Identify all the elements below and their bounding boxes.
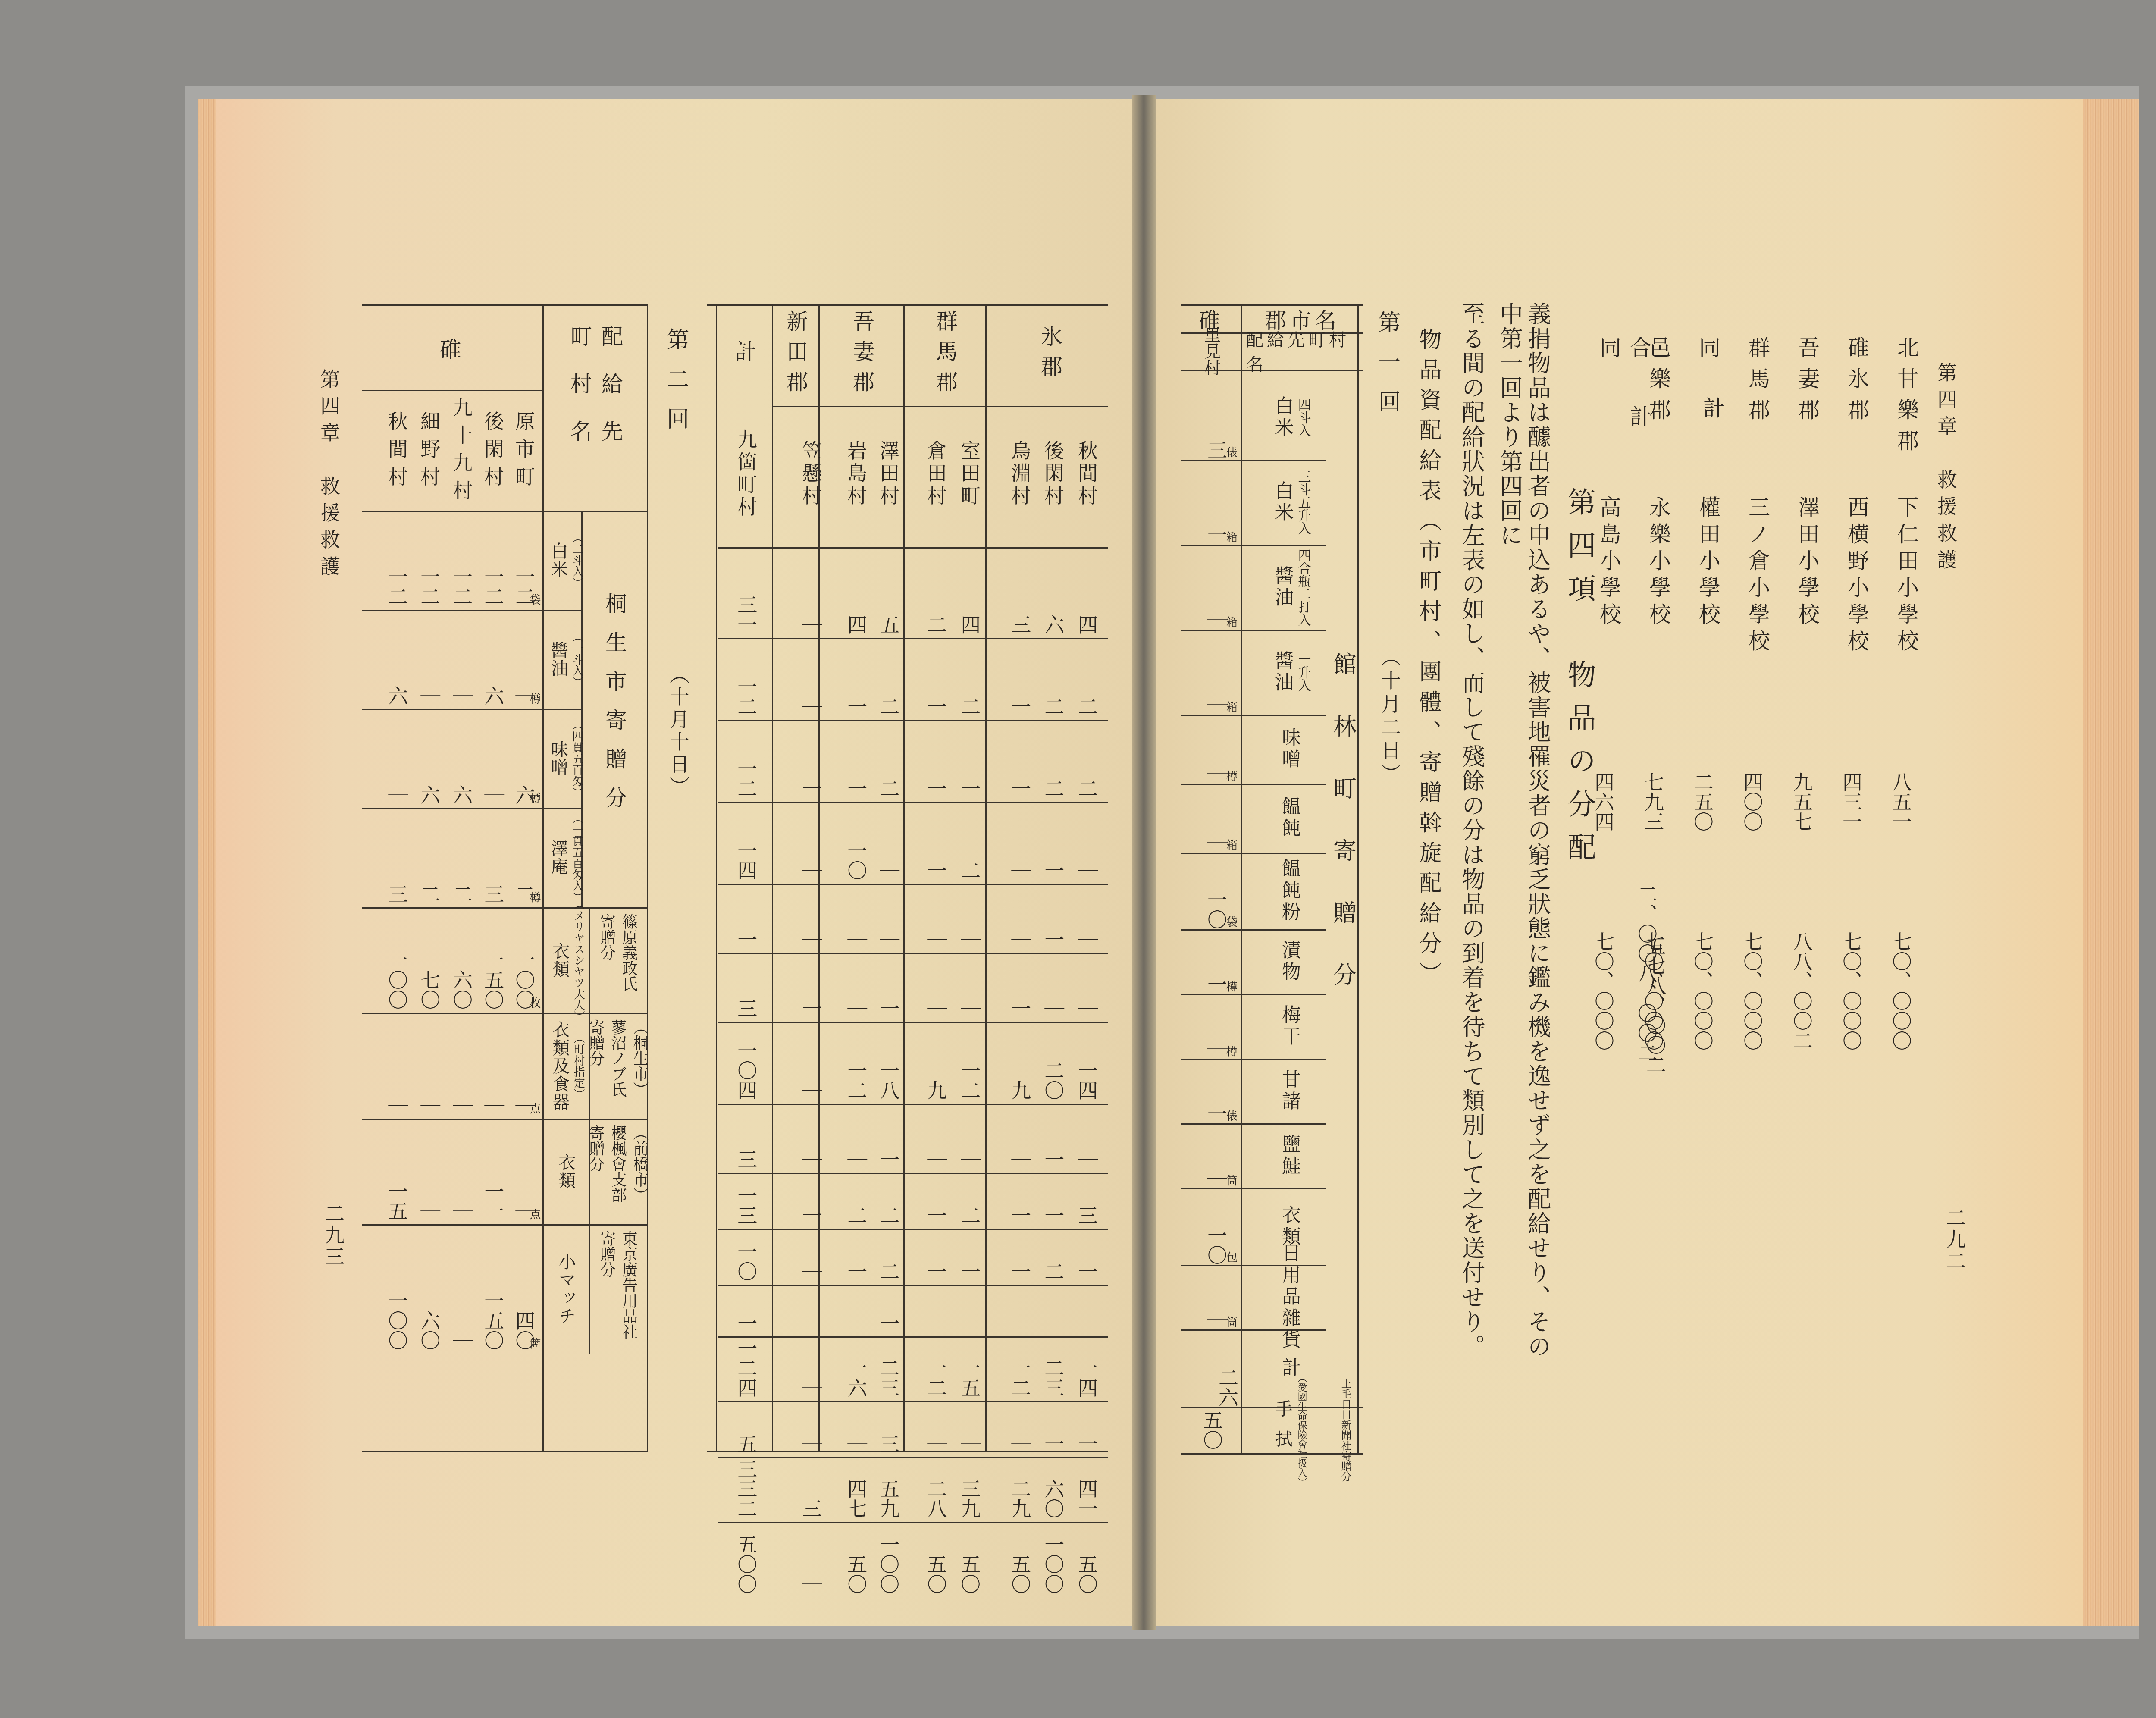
count-cell: 二	[1069, 638, 1104, 720]
gun-header: 計	[718, 310, 770, 401]
count-cell: 一二四	[729, 1336, 763, 1401]
count-cell: 一二	[382, 511, 412, 610]
count-cell: 一二	[729, 720, 763, 802]
count-cell: 五〇	[1003, 1522, 1037, 1597]
school-name: 澤田小學校	[1792, 496, 1823, 630]
count-cell: 三	[871, 1401, 906, 1457]
item-row: 味噌	[1250, 715, 1328, 784]
count-cell: ｜	[1003, 1401, 1037, 1457]
town-header: 笠懸村	[793, 409, 828, 539]
section-heading: 第四項 物品の分配	[1559, 487, 1600, 875]
count-cell: 一〇〇	[382, 1224, 412, 1354]
gun-name: 同	[1593, 336, 1624, 367]
qty-value: 一	[1206, 1104, 1226, 1123]
item-spec: 四斗入	[1296, 398, 1310, 437]
count-cell: 二三	[1036, 1336, 1070, 1401]
count-cell: 四七	[839, 1457, 873, 1522]
donor-cell: （桐生市）蓼沼ノブ氏寄贈分	[591, 1013, 645, 1119]
town-name: 後閑村	[478, 396, 508, 508]
qty-value: ｜	[1206, 764, 1226, 784]
gun-name: 北甘樂郡	[1891, 336, 1922, 461]
count-cell: 三	[729, 953, 763, 1022]
item-cell: 醬油 （一斗入）	[545, 610, 583, 709]
count-cell: 一	[1003, 720, 1037, 802]
gun-header: 新田郡	[774, 310, 817, 401]
amount-2: 七〇、〇〇〇	[1891, 931, 1911, 1050]
count-cell: 一	[729, 1285, 763, 1336]
count-cell: 一	[1036, 1104, 1070, 1173]
qty-value: ｜	[1206, 610, 1226, 630]
qty-cell: 一 樽	[1186, 929, 1238, 997]
count-cell: ｜	[1036, 953, 1070, 1022]
school-list-item: 群馬郡三ノ倉小學校四〇〇七〇、〇〇〇	[1742, 336, 1777, 1091]
count-cell: 一二	[839, 1022, 873, 1104]
count-cell: 一一	[478, 1119, 508, 1224]
qty-unit: 箇	[1226, 1314, 1238, 1329]
donor-cell: 東京廣告用品社寄贈分	[591, 1224, 645, 1354]
count-cell: 一二	[729, 638, 763, 720]
amount-2: 七〇、〇〇〇	[1841, 931, 1861, 1050]
unit-cell: 枚	[528, 907, 542, 1013]
item-name: 漬物	[1275, 940, 1303, 983]
count-cell: ｜	[918, 1285, 953, 1336]
count-cell: ｜	[1003, 884, 1037, 953]
count-cell: ｜	[952, 953, 987, 1022]
gun-header: 碓	[362, 306, 542, 390]
count-cell: 一四	[1069, 1022, 1104, 1104]
gun-header: 氷郡	[992, 310, 1108, 401]
count-cell: 一六	[839, 1336, 873, 1401]
count-cell: ｜	[871, 884, 906, 953]
count-cell: ｜	[952, 1104, 987, 1173]
round-2-donation-table: 碓配給先町村名原市町後閑村九十九村細野村秋間村桐生市寄贈分 白米 （二斗入）一二…	[362, 304, 648, 1452]
count-cell: 二	[839, 1173, 873, 1229]
book-gutter	[1132, 95, 1156, 1630]
donor-kiryu: 桐生市寄贈分	[586, 511, 642, 907]
donor-cell: 篠原義政氏寄贈分	[591, 907, 645, 1013]
count-cell: 一八	[871, 1022, 906, 1104]
count-cell: 二	[871, 720, 906, 802]
count-cell: 一	[1036, 802, 1070, 884]
count-cell: 二	[414, 808, 444, 907]
qty-unit: 袋	[1226, 913, 1238, 929]
round-2-date: （十月十日）	[664, 664, 693, 799]
count-cell: 七〇	[414, 907, 444, 1013]
qty-unit: 俵	[1226, 1107, 1238, 1123]
header-town: 配給先町村名	[1246, 326, 1358, 376]
count-cell: 二三	[871, 1336, 906, 1401]
extra-qty: 五〇	[1186, 1407, 1238, 1453]
count-cell: ｜	[446, 610, 476, 709]
town-name: 秋間村	[382, 396, 412, 508]
count-cell: 一	[871, 1285, 906, 1336]
count-cell: 一二	[478, 511, 508, 610]
item-row: 計	[1250, 1329, 1328, 1407]
item-row: 漬物	[1250, 929, 1328, 994]
page-number-left: 二九三	[319, 1203, 348, 1268]
qty-value: ｜	[1206, 1168, 1226, 1188]
town-header: 後閑村	[1036, 409, 1070, 539]
qty-value: 三	[1206, 440, 1226, 460]
round-2-summary-table: 氷郡群馬郡吾妻郡新田郡計秋間村後閑村烏淵村室田町倉田村澤田村岩島村笠懸村九箇町村…	[707, 304, 1108, 1452]
unit-cell: 箇	[528, 1224, 542, 1354]
count-cell: 一	[793, 953, 828, 1022]
qty-unit: 樽	[1226, 768, 1238, 784]
count-cell: ｜	[952, 1401, 987, 1457]
paragraph-line-2: 至る間の配給狀況は左表の如し、而して殘餘の分は物品の到着を待ちて類別して之を送付…	[1457, 302, 1485, 1359]
count-cell: ｜	[793, 1229, 828, 1285]
count-cell: 二〇	[1036, 1022, 1070, 1104]
item-name: 醬油	[1269, 566, 1296, 609]
count-cell: 一	[1003, 1229, 1037, 1285]
count-cell: 一五〇	[478, 907, 508, 1013]
count-cell: ｜	[1069, 802, 1104, 884]
item-cell: 澤庵 （一貫五百匁入）	[545, 808, 583, 907]
count-cell: 九	[1003, 1022, 1037, 1104]
grand-total-amount: 二、〇〇八、〇〇二	[1636, 884, 1656, 1063]
count-cell: ｜	[1069, 884, 1104, 953]
count-cell: ｜	[793, 802, 828, 884]
qty-cell: 三 俵	[1186, 375, 1238, 462]
table-title: 物品資配給表（市町村、團體、寄贈斡旋配給分）	[1412, 328, 1445, 992]
count-cell: ｜	[918, 953, 953, 1022]
count-cell: 四一	[1069, 1457, 1104, 1522]
count-cell: ｜	[839, 953, 873, 1022]
count-cell: 三	[793, 1457, 828, 1522]
count-cell: 一	[871, 953, 906, 1022]
count-cell: 一	[793, 1173, 828, 1229]
round-1-table: 郡市名 配給先町村名 碓 里見村 館林町寄贈分 白米 四斗入 三 俵 白米 三斗…	[1181, 304, 1363, 1455]
amount-1: 四三一	[1841, 772, 1861, 831]
qty-cell: 二六	[1186, 1329, 1238, 1410]
count-cell: ｜	[793, 638, 828, 720]
round-2-label: 第二回	[660, 328, 692, 447]
town-header: 九箇町村	[729, 409, 763, 539]
count-cell: ｜	[952, 1285, 987, 1336]
count-cell: ｜	[918, 1104, 953, 1173]
count-cell: ｜	[1036, 1285, 1070, 1336]
count-cell: ｜	[918, 884, 953, 953]
count-cell: 二	[1069, 720, 1104, 802]
count-cell: 一五	[382, 1119, 412, 1224]
extra-donor: 上毛日日新聞社寄贈分	[1328, 1407, 1363, 1453]
donor-cell: （前橋市）櫻楓會支部寄贈分	[591, 1119, 645, 1224]
qty-unit: 樽	[1226, 1043, 1238, 1059]
count-cell: 六	[1036, 547, 1070, 638]
town-header: 配給先町村名	[548, 319, 642, 504]
running-head-left: 第四章 救援救護	[315, 369, 343, 583]
count-cell: ｜	[1069, 1285, 1104, 1336]
qty-unit: 箱	[1226, 837, 1238, 853]
count-cell: 三九	[952, 1457, 987, 1522]
school-name: 西横野小學校	[1841, 496, 1872, 656]
count-cell: 一	[839, 638, 873, 720]
count-cell: 五九	[871, 1457, 906, 1522]
town-header: 烏淵村	[1003, 409, 1037, 539]
school-name: 三ノ倉小學校	[1742, 496, 1773, 656]
qty-value: ｜	[1206, 695, 1226, 715]
amount-1: 八五一	[1891, 772, 1911, 831]
count-cell: 一二	[918, 1336, 953, 1401]
unit-cell: 袋	[528, 511, 542, 610]
round-1-date: （十月二日）	[1376, 647, 1404, 787]
qty-cell: 一〇 袋	[1186, 853, 1238, 932]
gun-header: 吾妻郡	[821, 310, 903, 401]
count-cell: ｜	[1003, 802, 1037, 884]
item-row: 白米 三斗五升入	[1250, 460, 1328, 545]
unit-cell: 点	[528, 1119, 542, 1224]
count-cell: 一	[1003, 638, 1037, 720]
count-cell: ｜	[918, 1401, 953, 1457]
count-cell: 一〇〇	[871, 1522, 906, 1597]
town-header: 秋間村	[1069, 409, 1104, 539]
item-spec: 三斗五升入	[1296, 470, 1310, 535]
amount-2: 七〇、〇〇〇	[1593, 931, 1613, 1050]
amount-2: 七〇、〇〇〇	[1742, 931, 1762, 1050]
count-cell: 一〇	[729, 1229, 763, 1285]
qty-unit: 包	[1226, 1249, 1238, 1265]
school-list-item: 吾妻郡澤田小學校九五七八八、〇〇二	[1792, 336, 1826, 1091]
qty-value: 一	[1206, 974, 1226, 994]
gun-name: 碓氷郡	[1841, 336, 1872, 429]
count-cell: 五〇	[839, 1522, 873, 1597]
item-name: 鹽鮭	[1275, 1134, 1303, 1177]
count-cell: 一	[918, 720, 953, 802]
count-cell: ｜	[1003, 1104, 1037, 1173]
count-cell: 一〇〇	[1036, 1522, 1070, 1597]
count-cell: ｜	[414, 1119, 444, 1224]
amount-2: 八八、〇〇二	[1792, 931, 1811, 1050]
running-head-right: 第四章 救援救護	[1932, 362, 1960, 576]
qty-value: 一〇	[1206, 890, 1226, 929]
round-1-label: 第一回	[1371, 310, 1404, 429]
item-row: 白米 四斗入	[1250, 375, 1328, 460]
count-cell: 五〇	[1069, 1522, 1104, 1597]
count-cell: ｜	[1003, 1285, 1037, 1336]
count-cell: ｜	[446, 1224, 476, 1354]
count-cell: ｜	[478, 1013, 508, 1119]
item-cell: 小マッチ	[545, 1224, 586, 1354]
count-cell: 五〇〇	[729, 1522, 763, 1597]
unit-cell: 樽	[528, 808, 542, 907]
item-name: 白米	[1269, 481, 1296, 524]
school-name: 下仁田小學校	[1891, 496, 1922, 656]
town-header: 澤田村	[871, 409, 906, 539]
item-spec: 一升入	[1296, 653, 1310, 692]
school-list-item: 合計二、〇〇八、〇〇二	[1623, 336, 1658, 1091]
count-cell: 一二	[952, 1022, 987, 1104]
count-cell: 二	[952, 638, 987, 720]
count-cell: 四	[839, 547, 873, 638]
count-cell: 一	[918, 1173, 953, 1229]
count-cell: 六〇	[1036, 1457, 1070, 1522]
count-cell: 一	[871, 1104, 906, 1173]
qty-value: 二六	[1217, 1367, 1238, 1407]
count-cell: ｜	[793, 547, 828, 638]
qty-cell: 一〇 包	[1186, 1188, 1238, 1267]
item-cell: 衣類及食器 （町村指定）	[545, 1013, 586, 1119]
count-cell: 三一	[729, 547, 763, 638]
paragraph-line-1: 義捐物品は醵出者の申込あるや、被害地罹災者の窮乏狀態に鑑み機を逸せず之を配給せり…	[1495, 302, 1551, 1363]
count-cell: ｜	[839, 884, 873, 953]
qty-unit: 箱	[1226, 699, 1238, 715]
town-header: 岩島村	[839, 409, 873, 539]
count-cell: ｜	[446, 1013, 476, 1119]
count-cell: 一	[1069, 1229, 1104, 1285]
qty-value: ｜	[1206, 1039, 1226, 1059]
count-cell: 三	[382, 808, 412, 907]
count-cell: 一二	[414, 511, 444, 610]
count-cell: 四	[952, 547, 987, 638]
count-cell: 九	[918, 1022, 953, 1104]
subtotal-label: 計	[1697, 397, 1728, 470]
count-cell: ｜	[793, 1022, 828, 1104]
count-cell: 二	[952, 1173, 987, 1229]
count-cell: 六	[446, 709, 476, 808]
gun-header: 群馬郡	[906, 310, 984, 401]
unit-cell: 点	[528, 1013, 542, 1119]
count-cell: 一	[952, 1229, 987, 1285]
count-cell: 五〇	[918, 1522, 953, 1597]
item-cell: 衣類 （メリヤスシヤツ大人）	[545, 907, 586, 1013]
count-cell: ｜	[793, 1522, 828, 1597]
town-name: 原市町	[509, 396, 539, 508]
item-name: 白米	[1269, 396, 1296, 439]
extra-item: 手拭 （愛國生命保險會社扱入）	[1250, 1407, 1328, 1453]
qty-value: 一	[1206, 525, 1226, 545]
count-cell: 一	[1003, 1173, 1037, 1229]
count-cell: 一二	[446, 511, 476, 610]
count-cell: ｜	[871, 802, 906, 884]
town-value: 里見村	[1200, 326, 1223, 376]
amount-1: 四〇〇	[1742, 772, 1762, 831]
count-cell: 一五	[952, 1336, 987, 1401]
qty-unit: 俵	[1226, 444, 1238, 460]
count-cell: ｜	[793, 1336, 828, 1401]
qty-value: 一〇	[1206, 1225, 1226, 1265]
count-cell: 一	[1036, 1401, 1070, 1457]
count-cell: ｜	[793, 1104, 828, 1173]
count-cell: 一四	[729, 802, 763, 884]
item-cell: 味噌 （四貫五百匁）	[545, 709, 583, 808]
count-cell: 二八	[918, 1457, 953, 1522]
count-cell: 一	[839, 1229, 873, 1285]
count-cell: 四	[1069, 547, 1104, 638]
count-cell: 一	[839, 720, 873, 802]
unit-cell: 樽	[528, 709, 542, 808]
item-cell: 白米 （二斗入）	[545, 511, 583, 610]
count-cell: ｜	[382, 709, 412, 808]
count-cell: 一	[1069, 1401, 1104, 1457]
unit-cell: 樽	[528, 610, 542, 709]
town-name: 細野村	[414, 396, 444, 508]
count-cell: 二	[918, 547, 953, 638]
qty-unit: 箱	[1226, 529, 1238, 545]
count-cell: ｜	[414, 1013, 444, 1119]
town-header: 倉田村	[918, 409, 953, 539]
school-list-item: 計五七八、〇〇二	[1697, 336, 1731, 1091]
item-name: 饂飩粉	[1275, 859, 1303, 923]
count-cell: 六	[414, 709, 444, 808]
count-cell: 一四	[1069, 1336, 1104, 1401]
item-name: 味噌	[1275, 727, 1303, 771]
count-cell: 二	[952, 802, 987, 884]
item-row: 醬油 四合瓶二打入	[1250, 545, 1328, 630]
school-list-item: 碓氷郡西横野小學校四三一七〇、〇〇〇	[1841, 336, 1876, 1091]
qty-unit: 樽	[1226, 978, 1238, 994]
gun-name: 群馬郡	[1742, 336, 1773, 429]
item-row: 鹽鮭	[1250, 1123, 1328, 1188]
count-cell: 一〇	[839, 802, 873, 884]
count-cell: 一	[793, 720, 828, 802]
item-name: 梅干	[1275, 1005, 1303, 1048]
count-cell: 一五〇	[478, 1224, 508, 1354]
item-row: 醬油 一升入	[1250, 630, 1328, 715]
count-cell: 二	[1036, 638, 1070, 720]
donor-group: 館林町寄贈分	[1327, 652, 1360, 1025]
school-list-item: 北甘樂郡下仁田小學校八五一七〇、〇〇〇	[1891, 336, 1925, 1091]
qty-cell: 一 俵	[1186, 1059, 1238, 1126]
town-name: 九十九村	[446, 396, 476, 508]
count-cell: 三三二	[729, 1457, 763, 1522]
count-cell: 一〇四	[729, 1022, 763, 1104]
count-cell: ｜	[793, 884, 828, 953]
count-cell: 一二	[1003, 1336, 1037, 1401]
item-cell: 衣類	[545, 1119, 586, 1224]
item-row: 日用品雜貨	[1250, 1265, 1328, 1329]
count-cell: 二	[446, 808, 476, 907]
count-cell: 三	[1003, 547, 1037, 638]
count-cell: 一	[1003, 953, 1037, 1022]
count-cell: 六	[382, 610, 412, 709]
count-cell: 一	[1036, 1173, 1070, 1229]
qty-unit: 箇	[1226, 1172, 1238, 1188]
count-cell: ｜	[414, 610, 444, 709]
item-row: 甘諸	[1250, 1059, 1328, 1123]
count-cell: ｜	[382, 1013, 412, 1119]
qty-cell: ｜ 箱	[1186, 545, 1238, 632]
count-cell: ｜	[839, 1285, 873, 1336]
count-cell: ｜	[1069, 1104, 1104, 1173]
amount-1: 九五七	[1792, 772, 1811, 831]
count-cell: ｜	[1069, 953, 1104, 1022]
qty-cell: ｜ 箇	[1186, 1123, 1238, 1191]
count-cell: 六〇	[446, 907, 476, 1013]
count-cell: 二	[871, 638, 906, 720]
count-cell: 三	[729, 1104, 763, 1173]
gun-name: 吾妻郡	[1792, 336, 1823, 429]
count-cell: 五〇	[952, 1522, 987, 1597]
page-number-right: 二九二	[1940, 1207, 1969, 1272]
count-cell: 二	[871, 1173, 906, 1229]
count-cell: ｜	[478, 709, 508, 808]
count-cell: 三	[478, 808, 508, 907]
item-row: 梅干	[1250, 994, 1328, 1059]
page-edge-left	[198, 99, 216, 1626]
count-cell: 二九	[1003, 1457, 1037, 1522]
item-row: 饂飩	[1250, 784, 1328, 853]
qty-cell: ｜ 箱	[1186, 784, 1238, 855]
item-name: 醬油	[1269, 651, 1296, 694]
item-row: 饂飩粉	[1250, 853, 1328, 929]
qty-cell: ｜ 箱	[1186, 630, 1238, 717]
count-cell: ｜	[793, 1401, 828, 1457]
town-header: 室田町	[952, 409, 987, 539]
qty-cell: ｜ 箇	[1186, 1265, 1238, 1332]
count-cell: ｜	[839, 1401, 873, 1457]
count-cell: 三	[1069, 1173, 1104, 1229]
qty-cell: ｜ 樽	[1186, 994, 1238, 1061]
